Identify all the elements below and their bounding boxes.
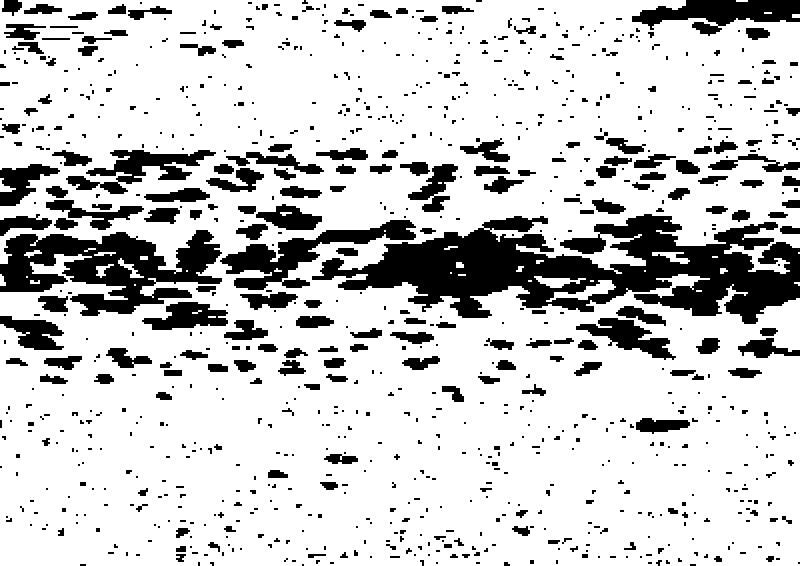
grunge-texture-page [0, 0, 800, 566]
grunge-texture-canvas [0, 0, 800, 566]
